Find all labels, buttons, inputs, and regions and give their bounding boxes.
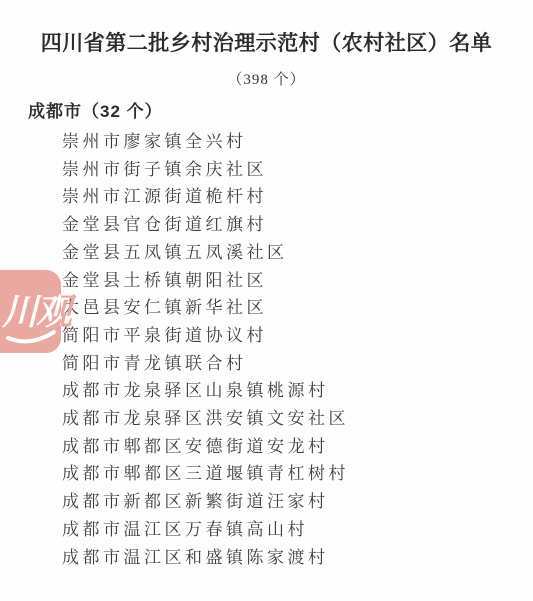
list-item: 金堂县五凤镇五凤溪社区	[62, 239, 349, 267]
list-item: 崇州市街子镇余庆社区	[62, 156, 349, 184]
document-page: 四川省第二批乡村治理示范村（农村社区）名单 （398 个） 成都市（32 个） …	[0, 0, 533, 601]
total-count: （398 个）	[0, 70, 533, 90]
list-item: 金堂县土桥镇朝阳社区	[62, 267, 349, 295]
list-item: 成都市龙泉驿区山泉镇桃源村	[62, 377, 349, 405]
list-item: 金堂县官仓街道红旗村	[62, 211, 349, 239]
village-list: 崇州市廖家镇全兴村崇州市街子镇余庆社区崇州市江源街道桅杆村金堂县官仓街道红旗村金…	[62, 128, 349, 571]
list-item: 简阳市青龙镇联合村	[62, 350, 349, 378]
section-heading-chengdu: 成都市（32 个）	[28, 101, 163, 123]
list-item: 成都市温江区万春镇高山村	[62, 516, 349, 544]
list-item: 成都市温江区和盛镇陈家渡村	[62, 544, 349, 572]
list-item: 成都市龙泉驿区洪安镇文安社区	[62, 405, 349, 433]
list-item: 成都市郫都区安德街道安龙村	[62, 433, 349, 461]
list-item: 崇州市江源街道桅杆村	[62, 183, 349, 211]
watermark-square	[0, 270, 61, 353]
list-item: 大邑县安仁镇新华社区	[62, 294, 349, 322]
list-item: 崇州市廖家镇全兴村	[62, 128, 349, 156]
list-item: 简阳市平泉街道协议村	[62, 322, 349, 350]
watermark-swoosh	[8, 332, 54, 341]
list-item: 成都市新都区新繁街道汪家村	[62, 488, 349, 516]
list-item: 成都市郫都区三道堰镇青杠树村	[62, 460, 349, 488]
page-title: 四川省第二批乡村治理示范村（农村社区）名单	[0, 30, 533, 58]
